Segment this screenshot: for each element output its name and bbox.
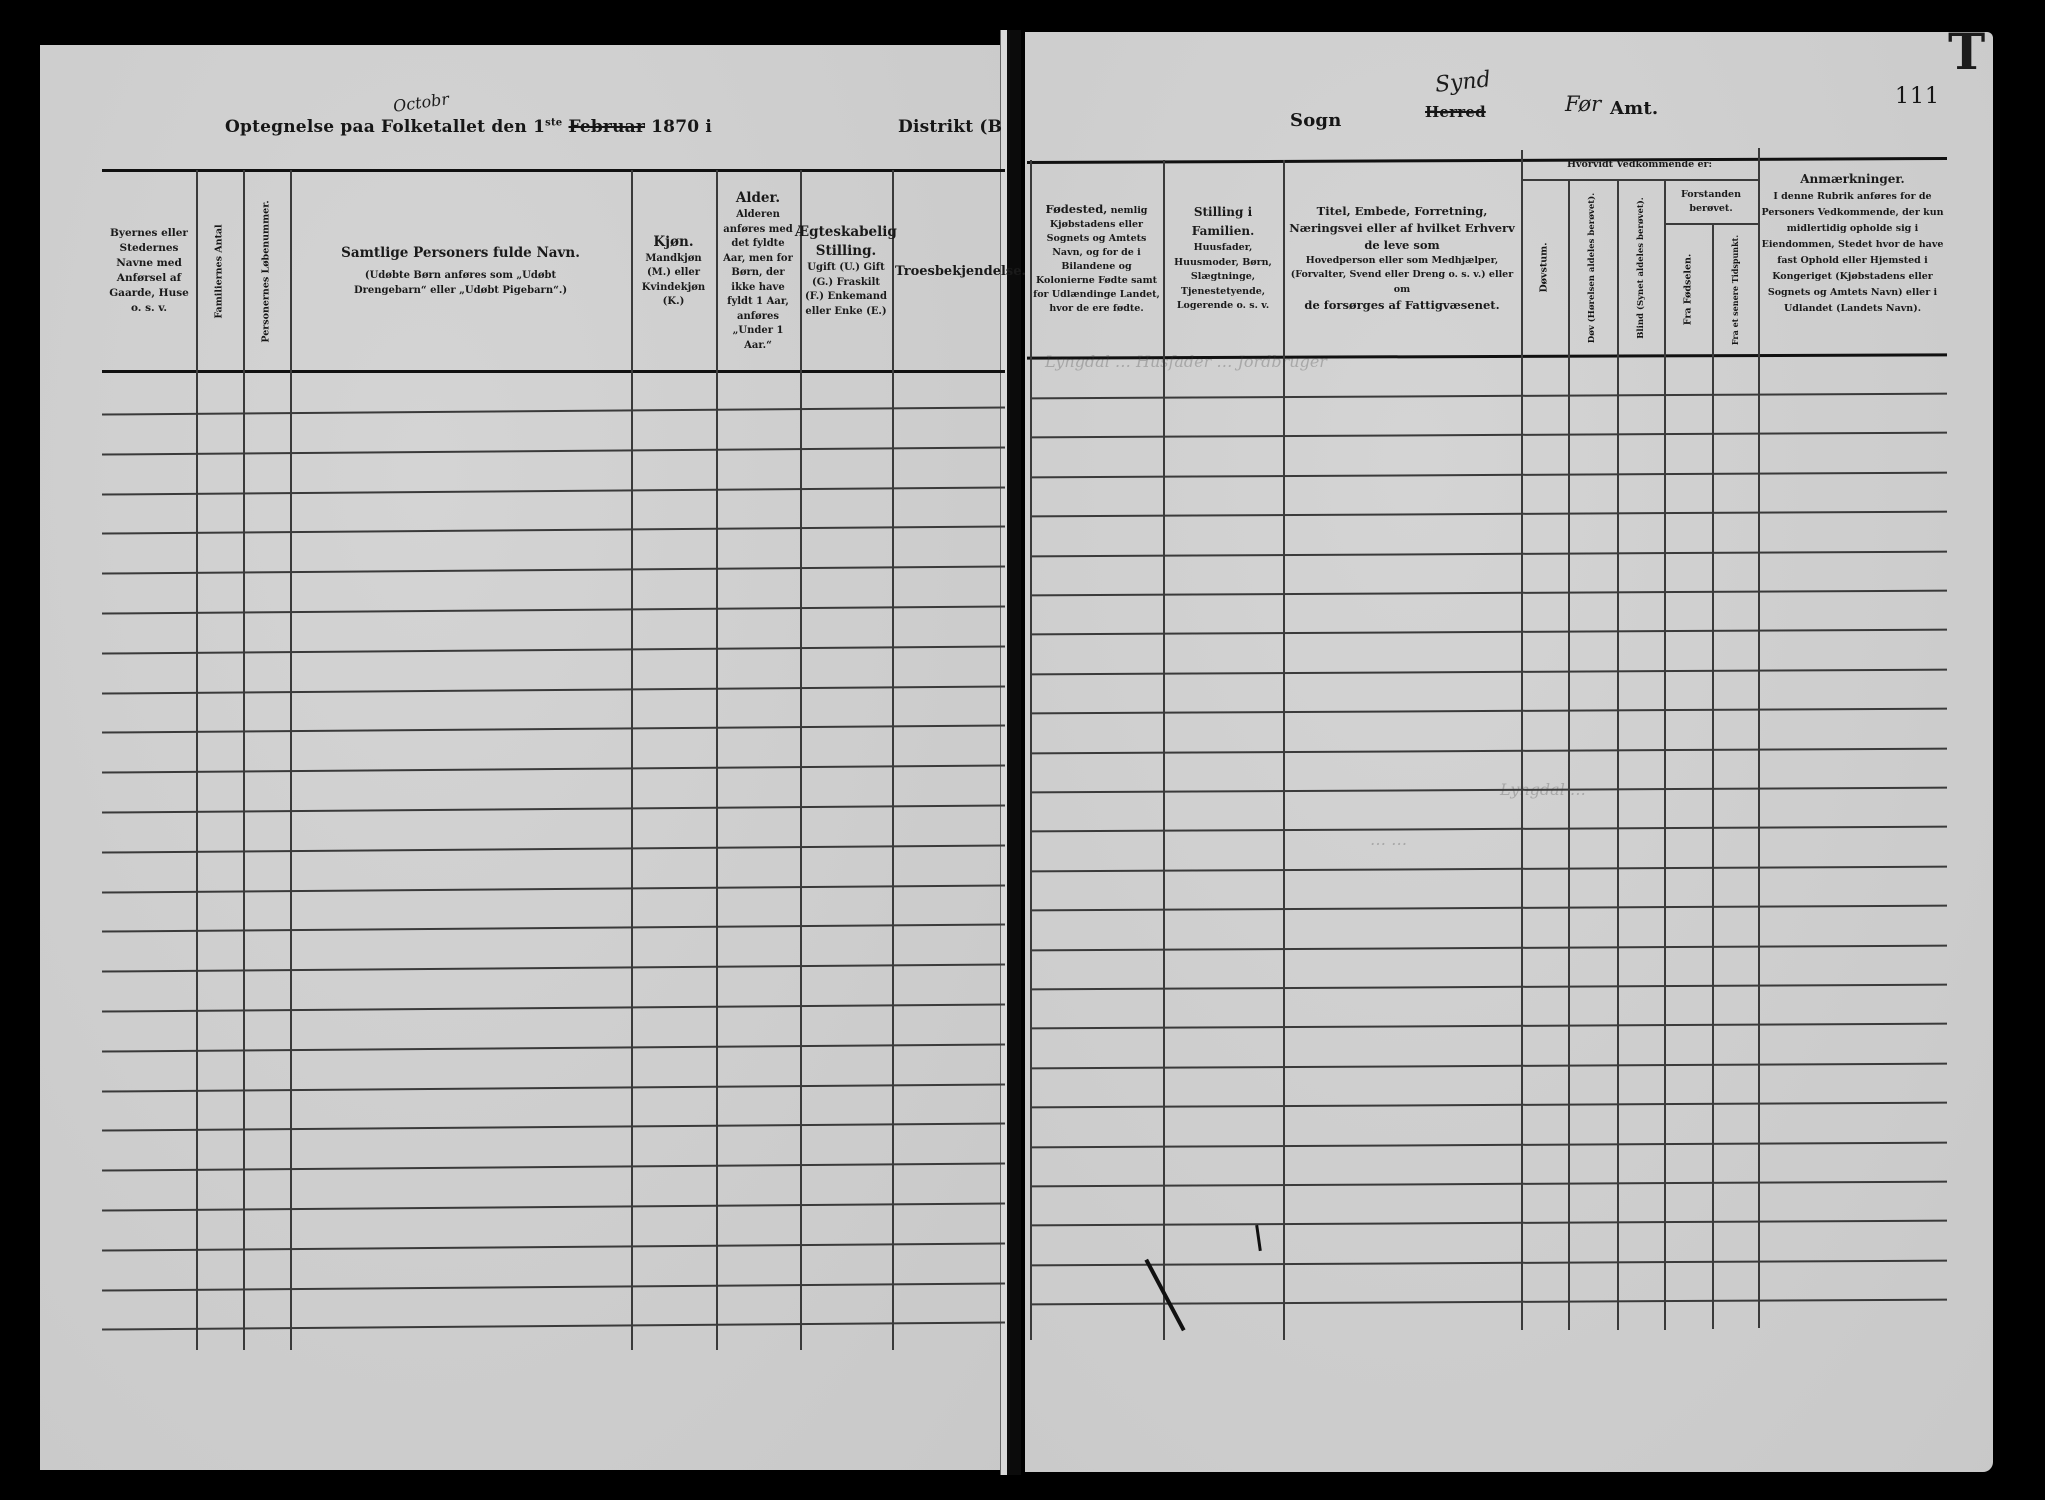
header-families: Familiernes Antal [196,172,243,370]
header-condition-group: Hvorvidt Vedkommende er: [1521,150,1758,179]
header-occupation: Titel, Embede, Forretning, Næringsvei el… [1283,162,1521,355]
header-person-number: Personernes Løbenummer. [243,172,290,370]
header-family-position: Stilling i Familien. Huusfader, Huusmode… [1163,162,1283,355]
header-insane-group: Forstanden berøvet. [1664,180,1758,223]
form-title: Optegnelse paa Folketallet den 1ste Febr… [225,117,712,137]
district-label: Distrikt (B [898,117,1002,137]
amt-label: Amt. [1610,98,1658,119]
header-insane-from-birth: Fra Fødselen. [1664,224,1712,355]
header-age: Alder. Alderen anføres med det fyldte Aa… [716,172,800,370]
header-blind: Blind (Synet aldeles berøvet). [1617,180,1664,355]
header-remarks: Anmærkninger. I denne Rubrik anføres for… [1758,160,1947,355]
page-number: 111 [1895,84,1940,109]
header-religion: Troesbekjendelse. [892,172,1005,370]
header-place: Byernes eller Stedernes Navne med Anførs… [102,172,196,370]
header-marital-status: Ægteskabelig Stilling. Ugift (U.) Gift (… [800,172,892,370]
column-divider [1712,224,1714,1329]
corner-mark: T [1948,22,1985,81]
title-prefix: Optegnelse paa Folketallet den 1 [225,117,545,137]
header-sex: Kjøn. Mandkjøn (M.) eller Kvindekjøn (K.… [631,172,716,370]
struck-month: Februar [568,117,645,137]
title-year: 1870 i [651,117,712,137]
struck-herred: Herred [1425,103,1486,121]
handwritten-amt: Før [1565,92,1601,116]
bleed-through-text: Lyngdal … [1500,780,1586,799]
sogn-label: Sogn [1290,110,1341,131]
bleed-through-text: Lyngdal … Husfader … Jordbruger [1045,352,1327,371]
header-birthplace: Fødested, nemlig Kjøbstadens eller Sogne… [1030,162,1163,355]
binding-gutter [1007,30,1021,1475]
header-deaf: Døv (Hørelsen aldeles berøvet). [1568,180,1617,355]
title-ordinal-suffix: ste [545,117,562,128]
header-bottom-rule [102,370,1005,373]
header-insane-later: Fra et senere Tidspunkt. [1712,224,1758,355]
header-full-name: Samtlige Personers fulde Navn. (Udøbte B… [290,172,631,370]
bleed-through-text: … … [1370,830,1407,849]
header-deafmute: Døvstum. [1521,180,1568,355]
